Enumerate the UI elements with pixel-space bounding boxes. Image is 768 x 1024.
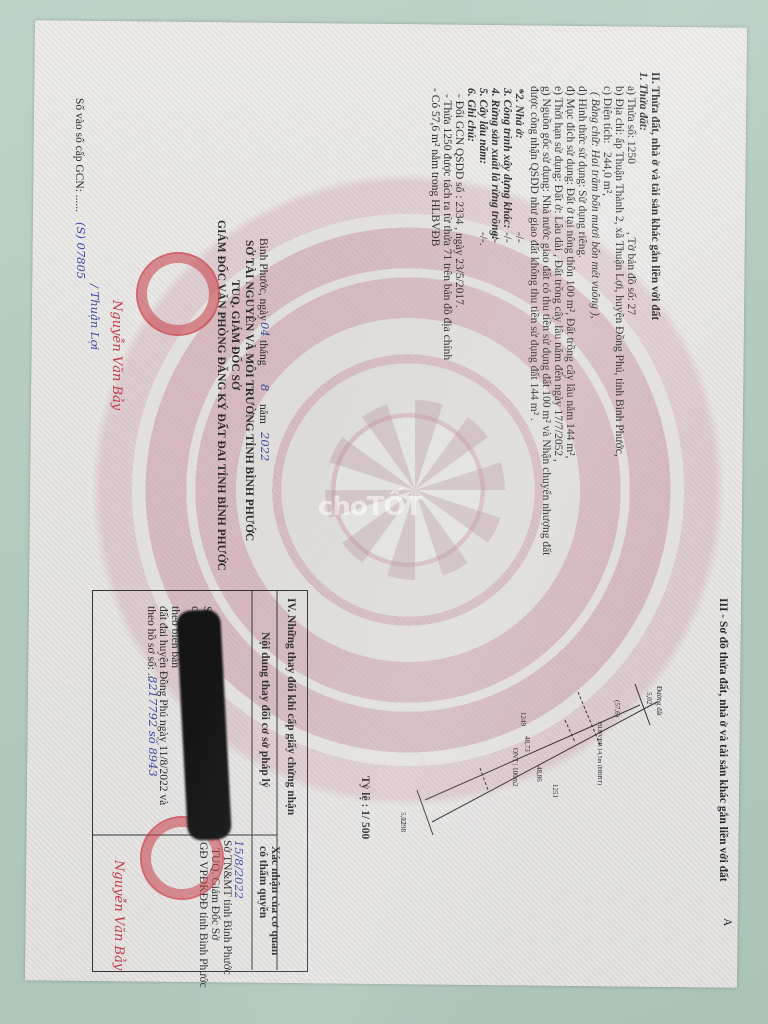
neighbor-1251: 1251 bbox=[551, 784, 558, 798]
area-in-words: ( Bằng chữ: Hai trăm bốn mươi bốn mét vu… bbox=[589, 92, 601, 319]
length-bottom: 48,86 bbox=[535, 766, 542, 782]
corridor-label: HLBVĐB 14,5m (ĐĐBT) bbox=[596, 722, 602, 785]
length-top: 48,73 bbox=[523, 736, 530, 752]
usage-origin: g) Nguồn gốc sử dụng: Nhà nước giao đất … bbox=[540, 86, 552, 555]
iv-signer-name: Nguyễn Văn Bảy bbox=[111, 860, 126, 970]
official-red-stamp bbox=[136, 252, 220, 336]
neighbor-1249: 1249 bbox=[519, 712, 526, 726]
drum-star-pattern bbox=[325, 400, 505, 580]
road-label: Đường đất bbox=[655, 686, 662, 716]
item-notes: 6. Ghi chú: bbox=[465, 88, 477, 142]
iv-confirm-date: 15/8/2022 bbox=[233, 840, 245, 899]
item-other-construction-value: -/- bbox=[501, 232, 513, 243]
signing-org-1: SỞ TÀI NGUYÊN VÀ MÔI TRƯỜNG TỈNH BÌNH PH… bbox=[243, 240, 255, 541]
item-house: *2. Nhà ở: bbox=[513, 88, 525, 139]
registry-suffix: / Thuận Lợi bbox=[89, 284, 101, 350]
usage-term: e) Thời hạn sử dụng: Đất ở: Lâu dài , Đấ… bbox=[552, 86, 564, 462]
signer-name: Nguyễn Văn Bảy bbox=[109, 300, 124, 410]
section-iv-col2: Xác nhận của cơ quan có thẩm quyền bbox=[257, 846, 280, 956]
parcel-number: a) Thửa số: 1250 bbox=[625, 86, 637, 164]
usage-form: d) Hình thức sử dụng: Sử dụng riêng. bbox=[576, 86, 588, 258]
signing-org-3: GIÁM ĐỐC VĂN PHÒNG ĐĂNG KÝ ĐẤT ĐAI TỈNH … bbox=[215, 220, 227, 571]
item-forest-value: -/- bbox=[489, 232, 501, 243]
signing-day: 04 bbox=[259, 322, 271, 337]
item-forest: 4. Rừng sản xuất là rừng trồng: bbox=[489, 88, 501, 240]
section-ii-sub1: 1. Thửa đất: bbox=[637, 72, 649, 131]
section-iv-col1: Nội dung thay đổi cơ sở pháp lý bbox=[259, 632, 271, 788]
signing-place: Bình Phước, ngày bbox=[257, 238, 269, 321]
note-1: - Đổi GCN QSDD số : 2334 , ngày 23/5/201… bbox=[453, 94, 465, 308]
section-ii-title: II. Thửa đất, nhà ở và tài sản khác gắn … bbox=[649, 72, 661, 320]
scale-label: Tỷ lệ : 1/ 500 bbox=[359, 776, 371, 839]
item-perennial-value: -/-. bbox=[477, 232, 489, 246]
signing-month: 8 bbox=[259, 384, 271, 391]
chotot-watermark: choTỐT bbox=[318, 492, 421, 522]
section-iv-title: IV. Những thay đổi khi cấp giấy chứng nh… bbox=[285, 598, 297, 815]
section-iii-title: III - Sơ đồ thửa đất, nhà ở và tài sản k… bbox=[717, 598, 729, 882]
iv-entry-handwritten: 8217792 số 8943 bbox=[147, 676, 159, 777]
neighbor-1298: 1298 bbox=[399, 818, 406, 832]
signing-org-2: TUQ. GIÁM ĐỐC SỞ bbox=[229, 280, 241, 390]
address: b) Địa chỉ: ấp Thuận Thành 2, xã Thuận L… bbox=[613, 86, 625, 457]
item-house-value: -/- bbox=[513, 232, 525, 243]
item-other-construction: 3. Công trình xây dựng khác: bbox=[501, 88, 513, 228]
signing-year-label: năm bbox=[257, 404, 269, 424]
registry-value: (S) 07805 bbox=[75, 222, 87, 279]
usage-origin-cont: được công nhận QSDD như giao đất không t… bbox=[528, 86, 540, 421]
usage-purpose: đ) Mục đích sử dụng: Đất ở tại nông thôn… bbox=[564, 86, 576, 458]
corridor-strip: (57,6) bbox=[613, 700, 620, 717]
map-sheet-number: , Tờ bản đồ số: 27 bbox=[625, 232, 637, 315]
iv-entry-5: theo hồ sơ số: ... bbox=[145, 606, 157, 681]
width-top: 5,02 bbox=[645, 692, 652, 704]
note-2: - Thửa 1250 được tách ra từ thửa 71 trên… bbox=[441, 94, 453, 360]
registry-label: Số vào sổ cấp GCN: ...... bbox=[73, 98, 85, 212]
signing-year: 2022 bbox=[259, 432, 271, 461]
parcel-diagram bbox=[380, 680, 680, 880]
parcel-land-use: ONT | 100m2 bbox=[511, 748, 518, 787]
signing-month-label: tháng bbox=[257, 340, 269, 366]
note-3: - Có 57,6 m² nằm trong HLBVĐB bbox=[429, 88, 441, 246]
item-perennial: 5. Cây lâu năm: bbox=[477, 88, 489, 164]
area-label: c) Diện tích: bbox=[601, 86, 613, 143]
page-mark: A bbox=[721, 918, 733, 926]
area-value: 244,0 m², bbox=[601, 152, 613, 196]
